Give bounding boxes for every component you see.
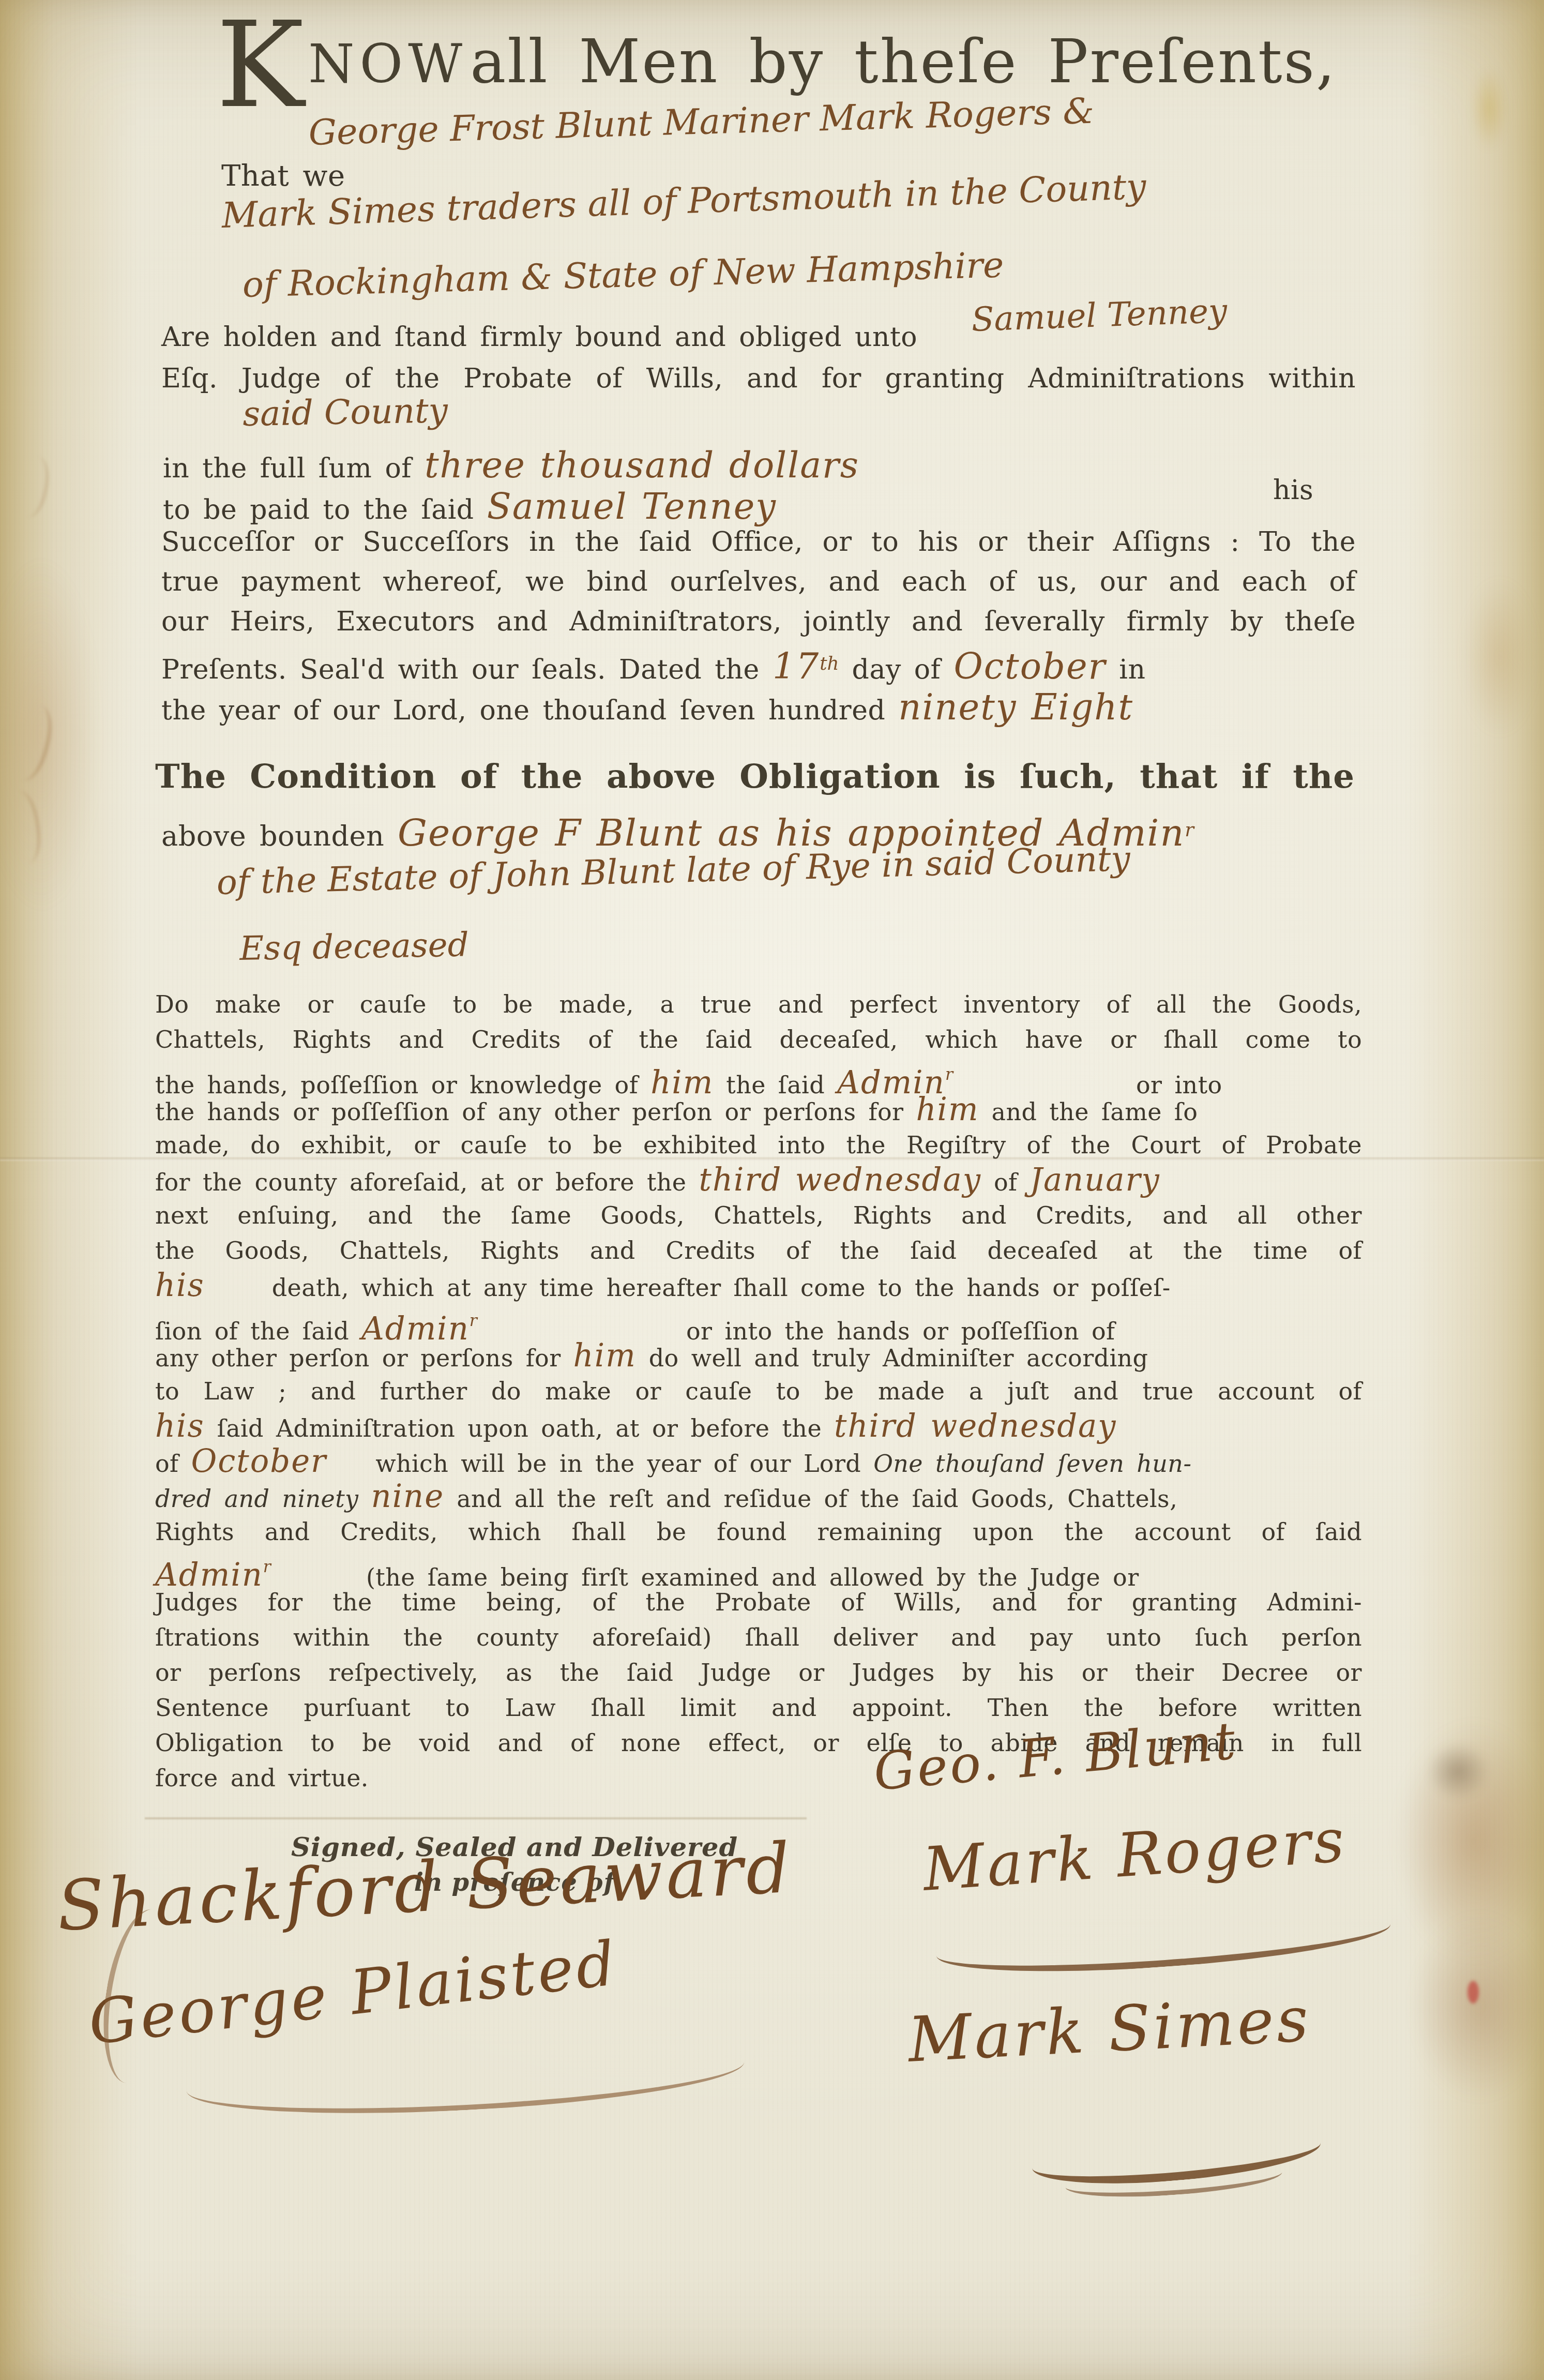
handwriting-segment: three thousand dollars bbox=[425, 445, 859, 486]
print-segment: ſaid Adminiſtration upon oath, at or bef… bbox=[205, 1414, 834, 1442]
print-segment: The Condition of the above Obligation is… bbox=[155, 757, 1355, 796]
print-line: or perſons reſpectively, as the ſaid Jud… bbox=[155, 1655, 1362, 1690]
edge-stain bbox=[1412, 1914, 1544, 2100]
handwriting-segment: ninety Eight bbox=[898, 687, 1133, 728]
print-line: the hands or poſſeſſion of any other per… bbox=[155, 1092, 1362, 1127]
print-segment: ſtrations within the county aforeſaid) ſ… bbox=[155, 1623, 1362, 1651]
print-line: for the county aforeſaid, at or before t… bbox=[155, 1163, 1362, 1198]
bleedthrough-mark bbox=[8, 453, 53, 520]
print-line: dred and ninety nine and all the reſt an… bbox=[155, 1479, 1362, 1514]
handwritten-parties-line: Mark Simes traders all of Portsmouth in … bbox=[221, 167, 1147, 236]
condition-heading: The Condition of the above Obligation is… bbox=[155, 756, 1355, 797]
print-segment: Rights and Credits, which ſhall be found… bbox=[155, 1518, 1362, 1546]
print-line: hisdeath, which at any time hereafter ſh… bbox=[155, 1268, 1362, 1303]
handwriting-segment: him bbox=[573, 1338, 637, 1374]
handwriting-segment: third wednesday bbox=[699, 1162, 981, 1198]
print-segment: in bbox=[1106, 654, 1145, 685]
print-segment: any other perſon or perſons for bbox=[155, 1344, 573, 1372]
signature-flourish bbox=[1030, 2118, 1323, 2193]
handwriting-segment: January bbox=[1030, 1162, 1160, 1198]
print-segment: and all the reſt and reſidue of the ſaid… bbox=[444, 1485, 1177, 1513]
print-line: Chattels, Rights and Credits of the ſaid… bbox=[155, 1022, 1362, 1057]
handwriting-segment: his bbox=[155, 1408, 205, 1444]
print-segment: the Goods, Chattels, Rights and Credits … bbox=[155, 1237, 1362, 1264]
fold-crease bbox=[145, 1817, 807, 1819]
print-line: Preſents. Seal'd with our ſeals. Dated t… bbox=[161, 645, 1145, 689]
print-segment: in the full ſum of bbox=[163, 453, 425, 484]
print-line: Rights and Credits, which ſhall be found… bbox=[155, 1514, 1362, 1549]
handwritten-deceased-line: Esq deceased bbox=[239, 926, 470, 968]
print-segment: or perſons reſpectively, as the ſaid Jud… bbox=[155, 1659, 1362, 1686]
print-segment: above bounden bbox=[161, 820, 398, 852]
print-segment: for the county aforeſaid, at or before t… bbox=[155, 1168, 699, 1196]
print-line: Do make or cauſe to be made, a true and … bbox=[155, 987, 1362, 1022]
print-line: next enſuing, and the ſame Goods, Chatte… bbox=[155, 1198, 1362, 1233]
italic-print-segment: One thouſand ſeven hun- bbox=[873, 1450, 1191, 1478]
title-small-caps: NOW bbox=[308, 34, 467, 95]
title-text: all Men by theſe Preſents, bbox=[470, 27, 1337, 97]
print-line: to be paid to the ſaid Samuel Tenney bbox=[163, 485, 777, 530]
print-line: Succeſſor or Succeſſors in the ſaid Offi… bbox=[161, 525, 1356, 559]
edge-stain bbox=[1471, 67, 1507, 150]
print-line: made, do exhibit, or cauſe to be exhibit… bbox=[155, 1127, 1362, 1163]
print-segment: to Law ; and further do make or cauſe to… bbox=[155, 1377, 1362, 1405]
red-ink-spot bbox=[1467, 1981, 1479, 2004]
handwriting-segment: his bbox=[155, 1268, 205, 1304]
print-segment: of bbox=[155, 1450, 191, 1478]
print-line: Adminr (the ſame being firſt examined an… bbox=[155, 1549, 1362, 1585]
handwriting-segment: him bbox=[916, 1092, 979, 1128]
print-segment: of bbox=[981, 1168, 1030, 1196]
edge-stain bbox=[1463, 579, 1536, 734]
document-title: KNOW all Men by theſe Preſents, bbox=[216, 27, 1333, 97]
handwritten-county: said County bbox=[243, 390, 448, 434]
title-drop-cap: K bbox=[216, 0, 308, 134]
handwriting-segment: October bbox=[191, 1443, 327, 1480]
document-page: KNOW all Men by theſe Preſents, That we … bbox=[0, 0, 1544, 2380]
print-line: any other perſon or perſons for him do w… bbox=[155, 1338, 1362, 1374]
edge-stain bbox=[1427, 1743, 1489, 1800]
print-line: true payment whereof, we bind ourſelves,… bbox=[161, 565, 1356, 599]
handwritten-parties-line: of Rockingham & State of New Hampshire bbox=[242, 245, 1004, 306]
print-segment: death, which at any time hereafter ſhall… bbox=[272, 1274, 1171, 1302]
print-line: his ſaid Adminiſtration upon oath, at or… bbox=[155, 1409, 1362, 1444]
print-segment: true payment whereof, we bind ourſelves,… bbox=[161, 566, 1356, 597]
print-line: Judges for the time being, of the Probat… bbox=[155, 1585, 1362, 1620]
print-line: our Heirs, Executors and Adminiſtrators,… bbox=[161, 605, 1356, 639]
print-segment: That we bbox=[221, 159, 345, 193]
handwritten-judge-name: Samuel Tenney bbox=[971, 292, 1228, 339]
print-line: the hands, poſſeſſion or knowledge of hi… bbox=[155, 1057, 1362, 1092]
print-segment: force and virtue. bbox=[155, 1764, 369, 1792]
signature-mark-simes: Mark Simes bbox=[906, 1983, 1313, 2076]
bleedthrough-mark bbox=[1, 789, 44, 866]
signature-flourish bbox=[1064, 2157, 1283, 2202]
print-segment: day of bbox=[839, 654, 954, 685]
print-segment: and the ſame ſo bbox=[979, 1098, 1198, 1126]
print-line: ſion of the ſaid Adminr or into the hand… bbox=[155, 1303, 1362, 1338]
print-segment: the year of our Lord, one thouſand ſeven… bbox=[161, 695, 898, 726]
print-segment: made, do exhibit, or cauſe to be exhibit… bbox=[155, 1131, 1362, 1159]
print-segment: to be paid to the ſaid bbox=[163, 494, 487, 525]
print-line: in the full ſum of three thousand dollar… bbox=[163, 444, 859, 488]
print-line: That we bbox=[221, 158, 345, 194]
print-segment: Eſq. Judge of the Probate of Wills, and … bbox=[161, 363, 1356, 394]
print-segment: our Heirs, Executors and Adminiſtrators,… bbox=[161, 606, 1356, 637]
edge-stain bbox=[1396, 1722, 1544, 1960]
print-segment: Judges for the time being, of the Probat… bbox=[155, 1588, 1362, 1616]
signature-flourish bbox=[185, 2028, 746, 2125]
print-word-his: his bbox=[1273, 474, 1313, 507]
print-segment: Succeſſor or Succeſſors in the ſaid Offi… bbox=[161, 526, 1356, 558]
print-line: of October which will be in the year of … bbox=[155, 1444, 1362, 1479]
signature-flourish bbox=[934, 1897, 1392, 1982]
signature-mark-rogers: Mark Rogers bbox=[921, 1805, 1349, 1905]
italic-print-segment: dred and ninety bbox=[155, 1485, 371, 1513]
bleedthrough-mark bbox=[1, 700, 58, 785]
handwriting-segment: third wednesday bbox=[834, 1408, 1116, 1444]
print-line: the year of our Lord, one thouſand ſeven… bbox=[161, 686, 1133, 730]
handwriting-segment: nine bbox=[371, 1479, 445, 1515]
print-line: the Goods, Chattels, Rights and Credits … bbox=[155, 1233, 1362, 1268]
print-segment: Preſents. Seal'd with our ſeals. Dated t… bbox=[161, 654, 773, 685]
handwriting-segment: 17th bbox=[773, 646, 839, 687]
handwritten-parties-line: George Frost Blunt Mariner Mark Rogers & bbox=[308, 91, 1095, 154]
condition-paragraph: Do make or cauſe to be made, a true and … bbox=[155, 987, 1362, 1796]
print-segment: next enſuing, and the ſame Goods, Chatte… bbox=[155, 1201, 1362, 1229]
print-line: ſtrations within the county aforeſaid) ſ… bbox=[155, 1620, 1362, 1655]
witness-signature-george-plaisted: George Plaisted bbox=[85, 1927, 621, 2058]
print-line: to Law ; and further do make or cauſe to… bbox=[155, 1374, 1362, 1409]
print-segment: Are holden and ſtand firmly bound and ob… bbox=[161, 322, 917, 353]
print-segment: do well and truly Adminiſter according bbox=[637, 1344, 1148, 1372]
bleedthrough-stain bbox=[0, 559, 98, 910]
handwriting-segment: October bbox=[953, 646, 1106, 687]
print-line: Eſq. Judge of the Probate of Wills, and … bbox=[161, 362, 1356, 396]
print-segment: which will be in the year of our Lord bbox=[363, 1450, 873, 1478]
print-segment: Chattels, Rights and Credits of the ſaid… bbox=[155, 1026, 1362, 1053]
print-line: Are holden and ſtand firmly bound and ob… bbox=[161, 321, 917, 354]
print-segment: the hands or poſſeſſion of any other per… bbox=[155, 1098, 916, 1126]
handwriting-segment: Samuel Tenney bbox=[487, 486, 777, 528]
print-segment: Do make or cauſe to be made, a true and … bbox=[155, 990, 1362, 1018]
